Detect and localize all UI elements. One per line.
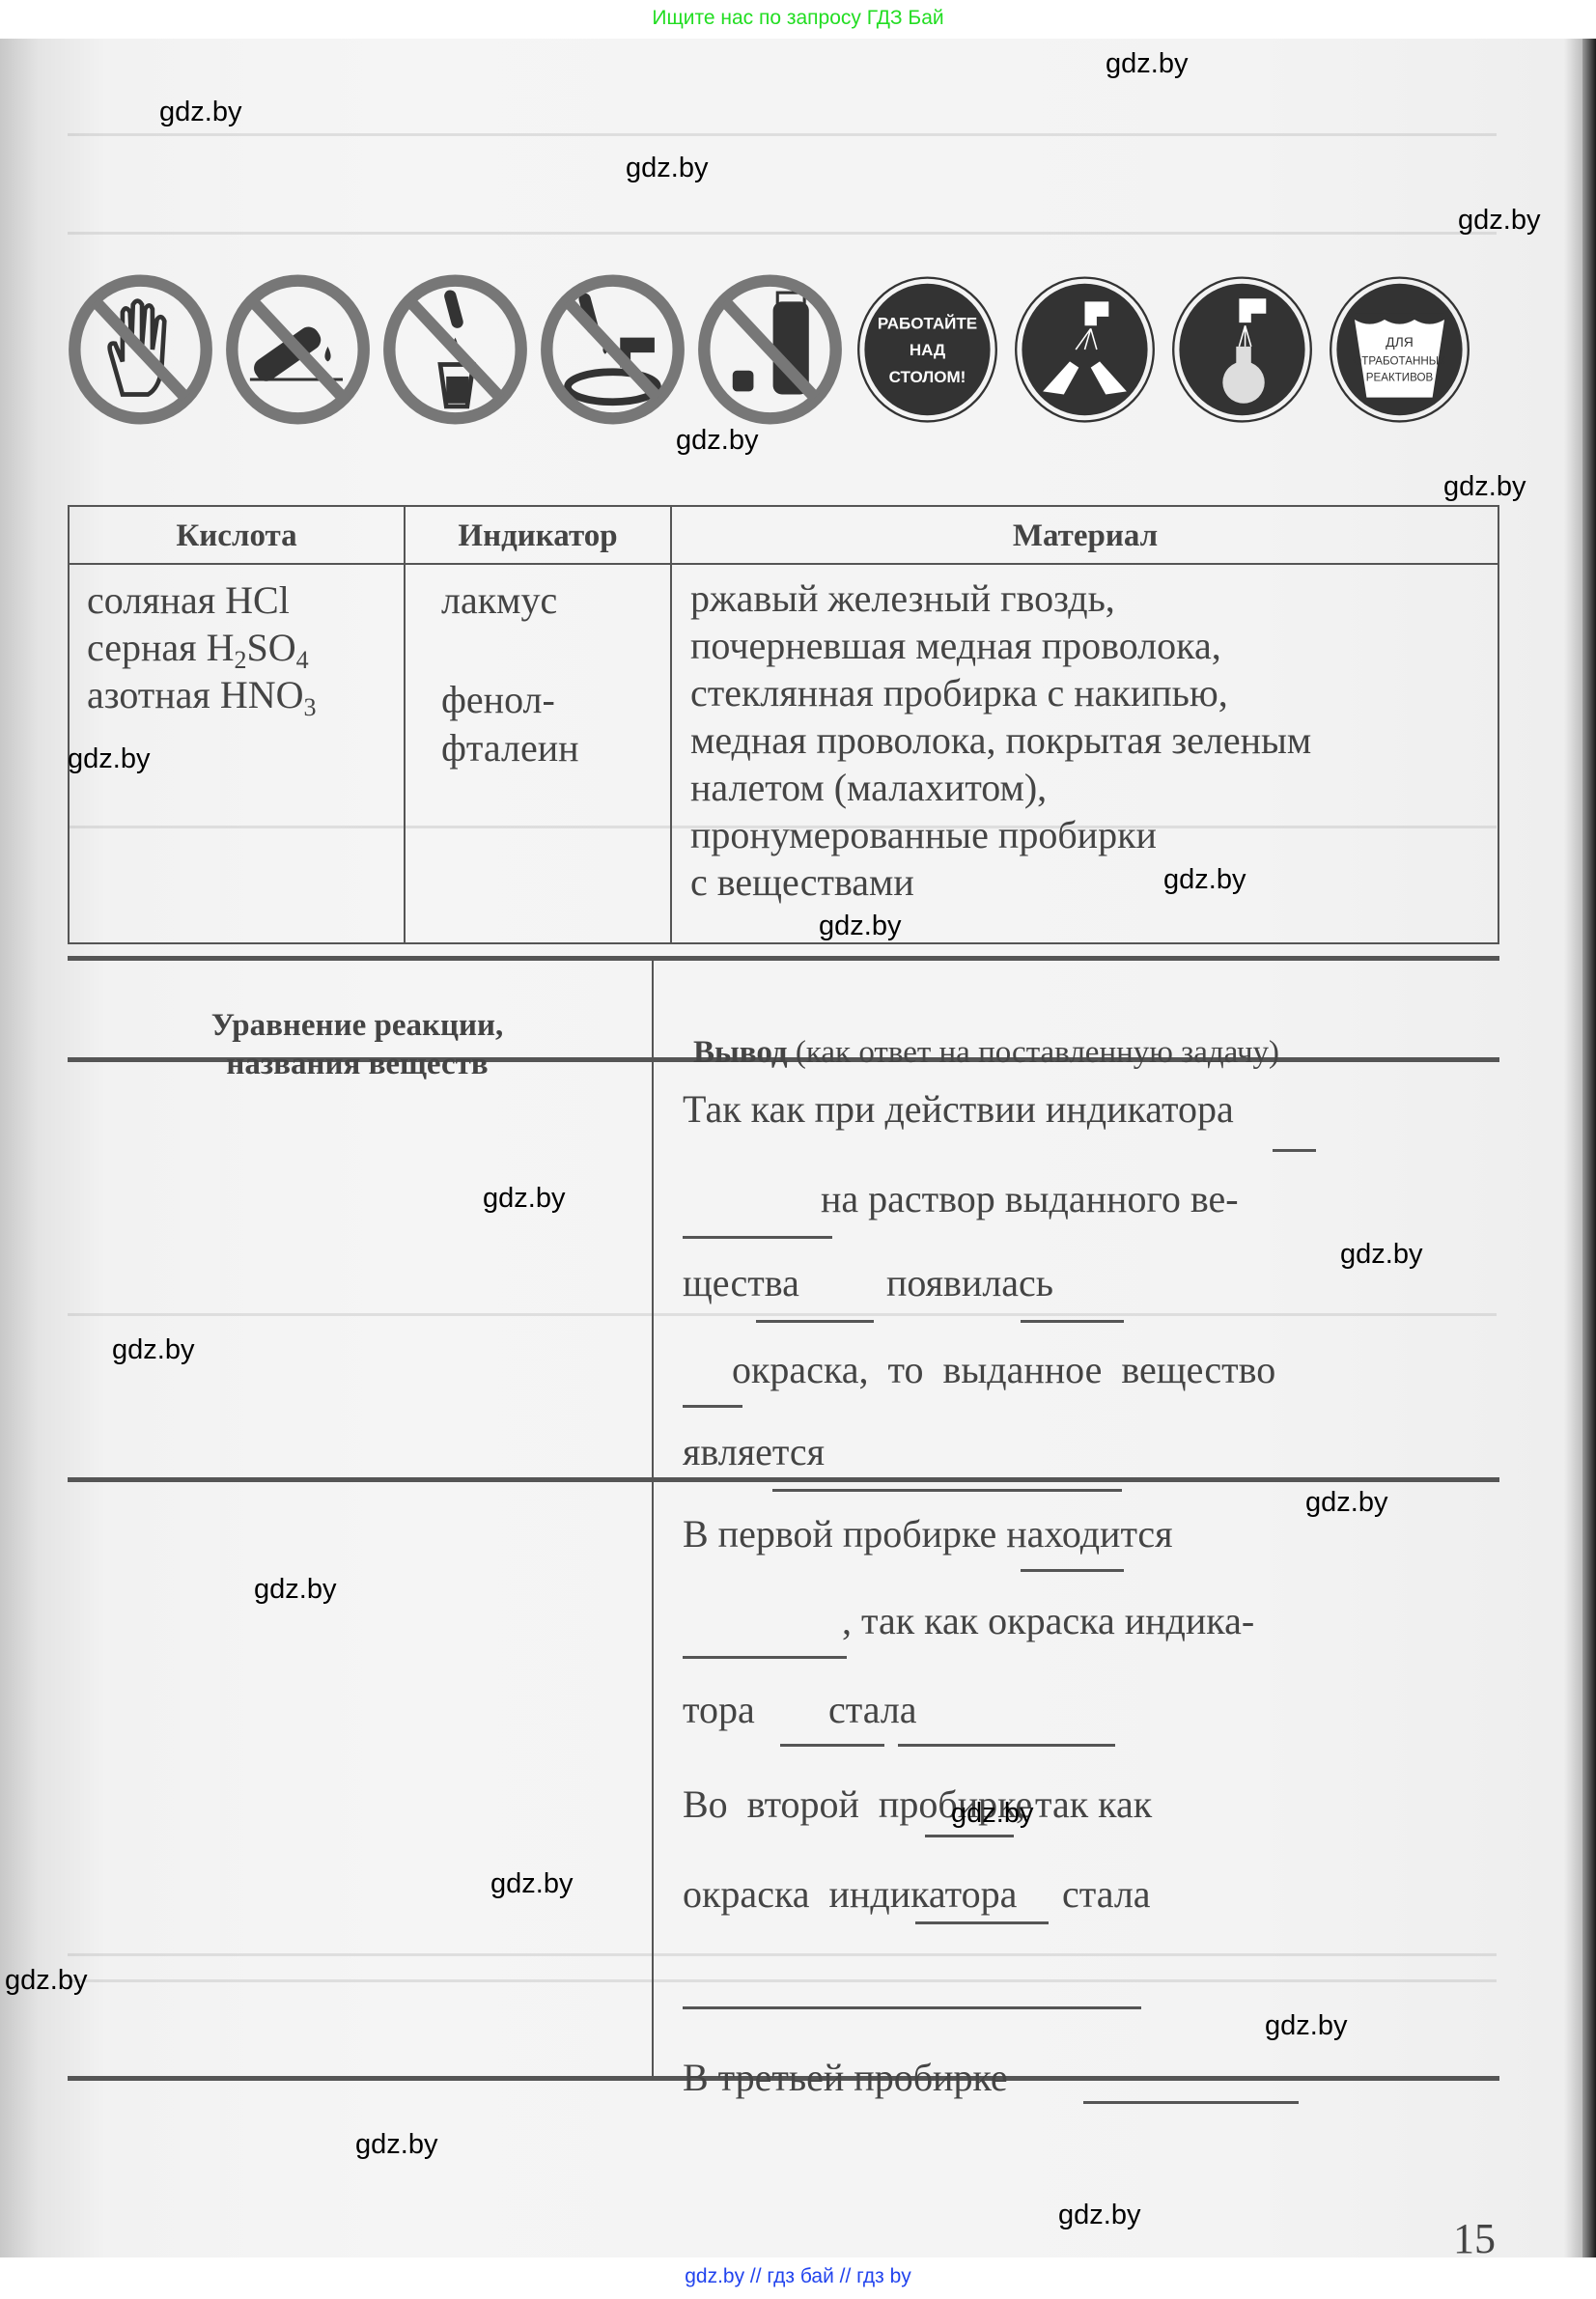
answer-blank[interactable] bbox=[683, 1236, 832, 1239]
book-spine bbox=[1582, 39, 1596, 2257]
watermark: gdz.by bbox=[819, 911, 901, 942]
conclusion-text: окраска, то выданное вещество bbox=[732, 1347, 1275, 1393]
svg-text:РЕАКТИВОВ: РЕАКТИВОВ bbox=[1366, 372, 1434, 384]
answer-blank[interactable] bbox=[925, 1835, 1014, 1837]
material-line: ржавый железный гвоздь, bbox=[690, 575, 1311, 622]
watermark: gdz.by bbox=[112, 1334, 194, 1366]
show-through-line bbox=[68, 1313, 1497, 1316]
work-over-table-icon: РАБОТАЙТЕ НАД СТОЛОМ! bbox=[853, 273, 1002, 426]
header-conclusion: Вывод (как ответ на поставленную задачу) bbox=[693, 1033, 1504, 1072]
conclusion-text: является bbox=[683, 1429, 825, 1475]
show-through-line bbox=[68, 1979, 1497, 1982]
materials-table: Кислота Индикатор Материал соляная HCl с… bbox=[68, 505, 1499, 944]
material-line: налетом (малахитом), bbox=[690, 764, 1311, 811]
material-line: стеклянная пробирка с накипью, bbox=[690, 669, 1311, 716]
watermark: gdz.by bbox=[159, 97, 241, 128]
answer-blank[interactable] bbox=[1273, 1149, 1316, 1152]
answer-blank[interactable] bbox=[780, 1744, 884, 1747]
answer-blank[interactable] bbox=[898, 1744, 1115, 1747]
wash-hands-icon bbox=[1010, 273, 1160, 426]
conclusion-text: , так как окраска индика- bbox=[842, 1598, 1254, 1644]
indicator-litmus: лакмус bbox=[441, 576, 557, 624]
acid-row: азотная HNO3 bbox=[87, 671, 317, 718]
watermark: gdz.by bbox=[1265, 2010, 1347, 2042]
watermark: gdz.by bbox=[1106, 48, 1188, 80]
header-equation: Уравнение реакции, названия веществ bbox=[97, 1006, 618, 1083]
watermark: gdz.by bbox=[490, 1868, 573, 1900]
svg-text:РАБОТАЙТЕ: РАБОТАЙТЕ bbox=[878, 314, 977, 332]
answer-blank[interactable] bbox=[1083, 2101, 1299, 2104]
svg-text:ОТРАБОТАННЫХ: ОТРАБОТАННЫХ bbox=[1353, 355, 1446, 368]
answer-blank[interactable] bbox=[772, 1489, 1122, 1492]
conclusion-text: тора bbox=[683, 1687, 755, 1733]
acid-list: соляная HCl серная H2SO4 азотная HNO3 bbox=[87, 576, 317, 718]
answer-blank[interactable] bbox=[915, 1921, 1049, 1924]
watermark: gdz.by bbox=[676, 425, 758, 457]
report-table-column-divider bbox=[652, 959, 654, 2079]
answer-blank[interactable] bbox=[683, 1405, 742, 1408]
no-taste-icon bbox=[380, 273, 530, 426]
watermark: gdz.by bbox=[355, 2129, 437, 2161]
watermark: gdz.by bbox=[5, 1965, 87, 1997]
no-touch-icon bbox=[66, 273, 215, 426]
column-divider bbox=[404, 507, 406, 942]
watermark: gdz.by bbox=[1058, 2200, 1140, 2231]
answer-blank[interactable] bbox=[1021, 1569, 1124, 1572]
watermark: gdz.by bbox=[68, 743, 150, 775]
show-through-line bbox=[68, 1953, 1497, 1956]
waste-reagents-icon: ДЛЯ ОТРАБОТАННЫХ РЕАКТИВОВ bbox=[1325, 273, 1474, 426]
no-sink-pour-icon bbox=[538, 273, 687, 426]
watermark: gdz.by bbox=[1305, 1487, 1387, 1519]
header-material: Материал bbox=[670, 507, 1500, 563]
answer-blank[interactable] bbox=[683, 2006, 1141, 2009]
conclusion-text: В первой пробирке находится bbox=[683, 1511, 1173, 1557]
show-through-line bbox=[68, 133, 1497, 136]
svg-text:НАД: НАД bbox=[910, 341, 945, 359]
conclusion-text: Так как при действии индикатора bbox=[683, 1086, 1234, 1133]
report-table-top-border bbox=[68, 956, 1499, 961]
safety-icons-row: РАБОТАЙТЕ НАД СТОЛОМ! bbox=[66, 273, 1504, 433]
show-through-line bbox=[68, 232, 1497, 235]
watermark: gdz.by bbox=[1340, 1239, 1422, 1271]
conclusion-text: окраска индикатора bbox=[683, 1871, 1017, 1918]
watermark: gdz.by bbox=[254, 1574, 336, 1606]
header-acid: Кислота bbox=[70, 507, 404, 563]
material-line: пронумерованные пробирки bbox=[690, 811, 1311, 858]
top-banner: Ищите нас по запросу ГДЗ Бай bbox=[0, 0, 1596, 39]
materials-list: ржавый железный гвоздь, почерневшая медн… bbox=[690, 575, 1311, 906]
svg-text:ДЛЯ: ДЛЯ bbox=[1386, 334, 1414, 350]
conclusion-text: , так как bbox=[1016, 1781, 1152, 1828]
page-number: 15 bbox=[1453, 2214, 1496, 2257]
conclusion-text: на раствор выданного ве- bbox=[821, 1176, 1239, 1222]
conclusion-text: появилась bbox=[886, 1260, 1053, 1306]
indicator-phenolphthalein-1: фенол- bbox=[441, 676, 555, 723]
header-indicator: Индикатор bbox=[406, 507, 670, 563]
conclusion-text: стала bbox=[1062, 1871, 1151, 1918]
conclusion-text: щества bbox=[683, 1260, 799, 1306]
textbook-page: РАБОТАЙТЕ НАД СТОЛОМ! bbox=[0, 39, 1596, 2257]
bottom-banner: gdz.by // гдз бай // гдз by bbox=[0, 2257, 1596, 2299]
answer-blank[interactable] bbox=[683, 1656, 847, 1659]
conclusion-text: стала bbox=[828, 1687, 917, 1733]
watermark: gdz.by bbox=[1443, 471, 1526, 503]
acid-row: серная H2SO4 bbox=[87, 624, 317, 671]
watermark: gdz.by bbox=[951, 1798, 1033, 1830]
watermark: gdz.by bbox=[1163, 864, 1246, 896]
no-spill-icon bbox=[223, 273, 373, 426]
watermark: gdz.by bbox=[483, 1183, 565, 1215]
rinse-flask-icon bbox=[1167, 273, 1317, 426]
report-table-row-divider bbox=[68, 1477, 1499, 1482]
no-unlabeled-bottle-icon bbox=[695, 273, 845, 426]
indicator-phenolphthalein-2: фталеин bbox=[441, 724, 579, 771]
acid-row: соляная HCl bbox=[87, 576, 317, 624]
table-header-divider bbox=[70, 563, 1498, 565]
column-divider bbox=[670, 507, 672, 942]
answer-blank[interactable] bbox=[756, 1320, 874, 1323]
svg-text:СТОЛОМ!: СТОЛОМ! bbox=[889, 368, 966, 386]
watermark: gdz.by bbox=[1458, 205, 1540, 237]
answer-blank[interactable] bbox=[1021, 1320, 1124, 1323]
conclusion-text: В третьей пробирке bbox=[683, 2055, 1008, 2101]
material-line: медная проволока, покрытая зеленым bbox=[690, 716, 1311, 764]
watermark: gdz.by bbox=[626, 153, 708, 184]
material-line: почерневшая медная проволока, bbox=[690, 622, 1311, 669]
